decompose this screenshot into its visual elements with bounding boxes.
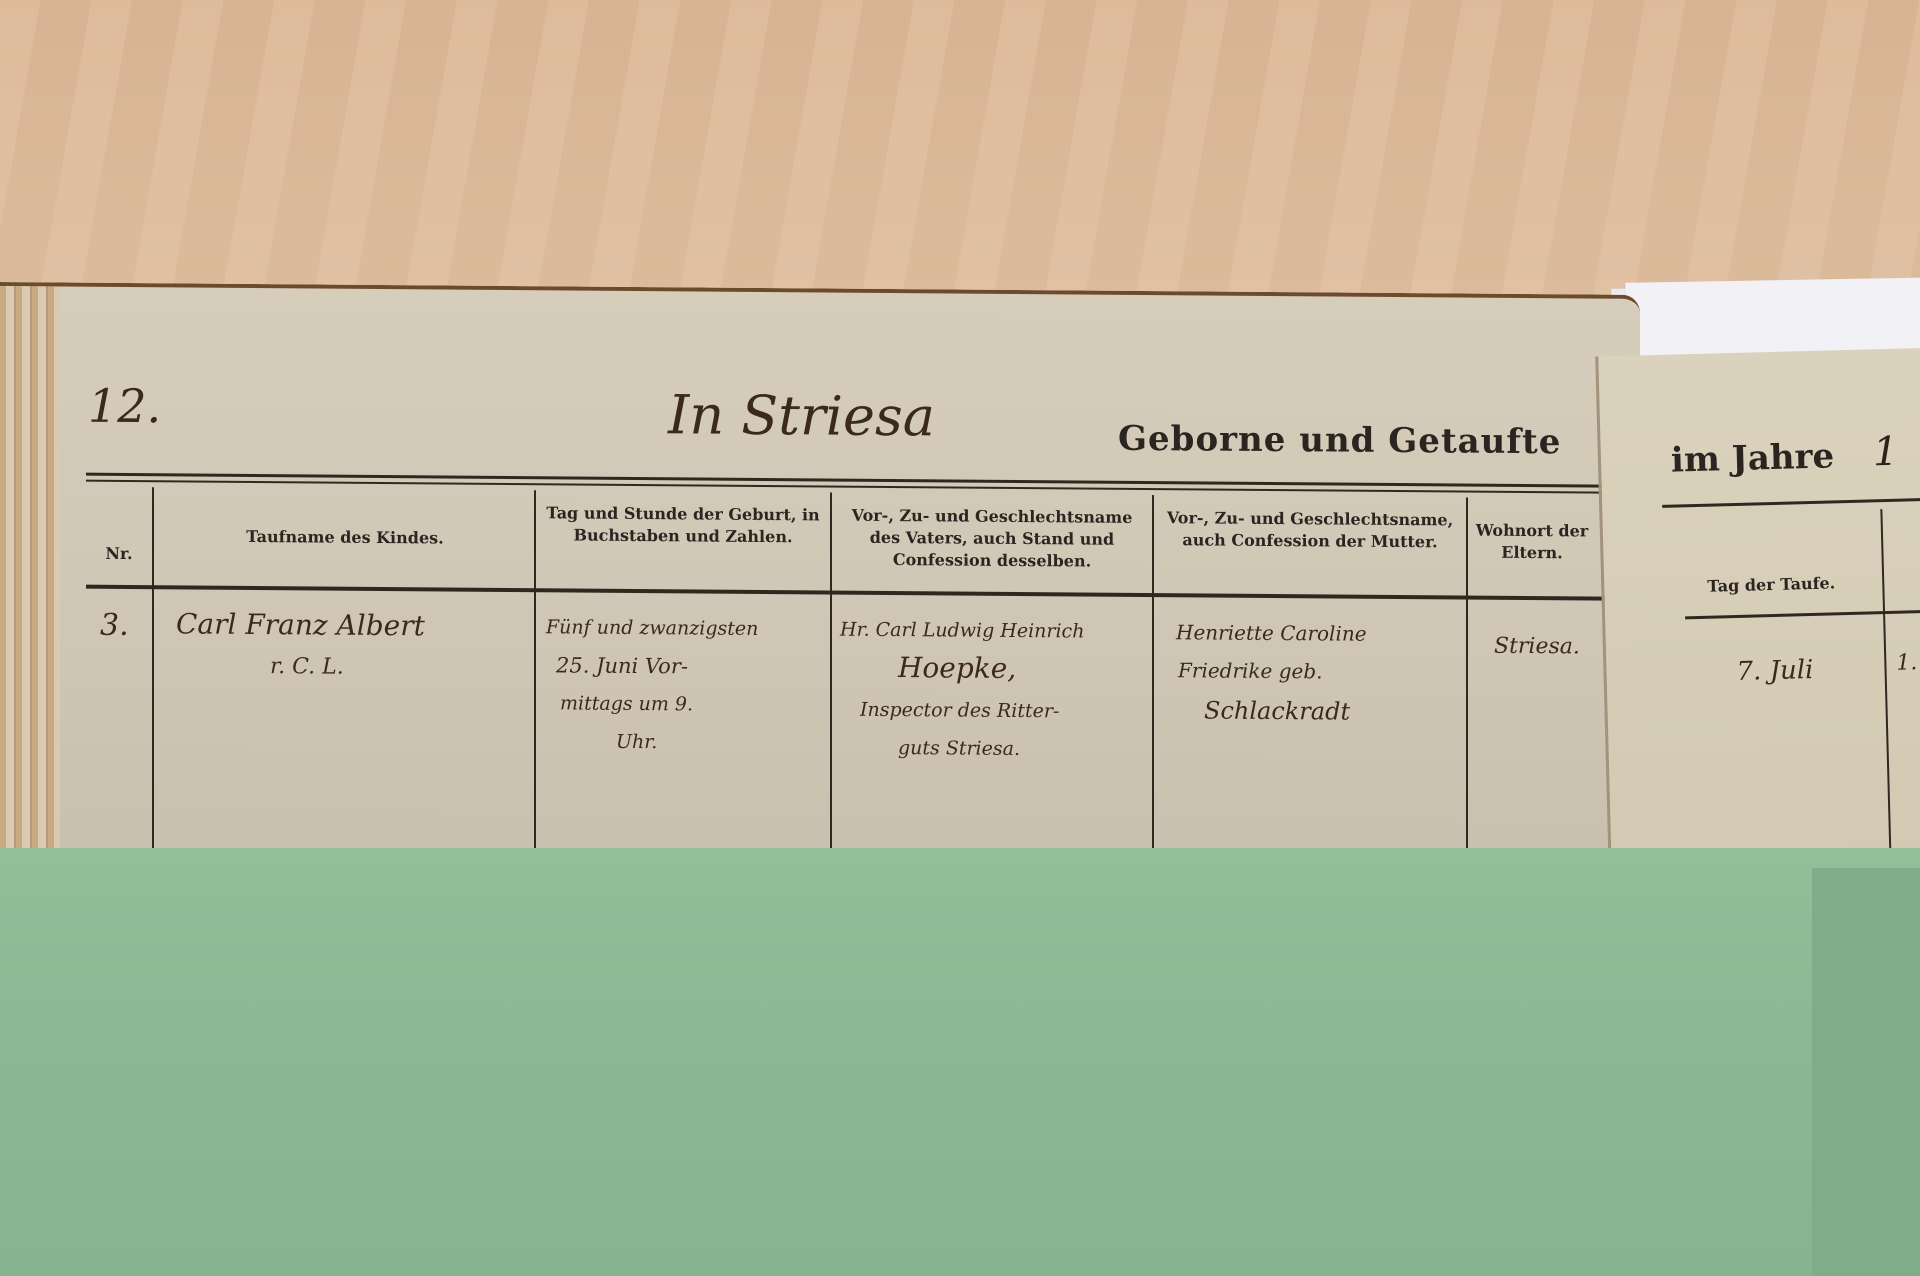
entry-birth-line: mittags um 9.: [560, 684, 693, 723]
page-edges: [0, 286, 60, 866]
column-header-name: Taufname des Kindes.: [160, 525, 530, 550]
entry-child-note: r. C. L.: [270, 648, 344, 687]
header-rule: [1662, 497, 1920, 508]
column-header-father: Vor-, Zu- und Geschlechtsname des Vaters…: [836, 505, 1148, 573]
year-handwritten: 1: [1872, 429, 1899, 476]
column-divider: [534, 490, 536, 870]
register-page-left: 12. In Striesa Geborne und Getaufte Nr. …: [0, 282, 1640, 879]
column-divider: [1880, 509, 1891, 869]
green-folder: [0, 848, 1920, 1276]
entry-mother-line: Henriette Caroline: [1176, 613, 1367, 652]
entry-father-line: Hr. Carl Ludwig Heinrich: [840, 611, 1084, 651]
entry-mother-maiden-name: Schlackradt: [1204, 691, 1350, 730]
entry-residence: Striesa.: [1494, 628, 1580, 667]
column-divider: [152, 487, 154, 867]
green-folder-edge: [1812, 868, 1920, 1276]
column-divider: [830, 493, 832, 873]
entry-child-name: Carl Franz Albert: [176, 605, 425, 645]
column-divider: [1466, 498, 1468, 878]
entry-next-column-partial: 1. 2: [1896, 644, 1920, 683]
entry-nr: 3.: [100, 607, 129, 645]
column-header-mother: Vor-, Zu- und Geschlechtsname, auch Conf…: [1158, 507, 1462, 553]
place-handwritten: In Striesa: [668, 383, 935, 448]
entry-birth-line: 25. Juni Vor-: [556, 646, 688, 685]
folio-number: 12.: [88, 379, 161, 434]
entry-baptism-date: 7. Juli: [1736, 651, 1814, 691]
entry-father-surname: Hoepke,: [898, 649, 1016, 688]
column-header-residence: Wohnort der Eltern.: [1472, 520, 1592, 565]
entry-birth-line: Uhr.: [616, 723, 657, 761]
column-header-nr: Nr.: [86, 543, 152, 566]
register-title-continued: im Jahre: [1670, 436, 1834, 480]
column-header-baptism: Tag der Taufe.: [1666, 571, 1877, 598]
register-title: Geborne und Getaufte: [1118, 419, 1561, 462]
header-rule-thin: [86, 480, 1606, 494]
column-header-birth: Tag und Stunde der Geburt, in Buchstaben…: [540, 502, 826, 548]
column-header-rule: [86, 585, 1626, 601]
column-divider: [1152, 495, 1154, 875]
entry-father-line: guts Striesa.: [898, 729, 1020, 768]
register-page-right: im Jahre 1 Tag der Taufe. 7. Juli 1. 2: [1595, 348, 1920, 877]
entry-father-line: Inspector des Ritter-: [860, 691, 1059, 731]
entry-mother-line: Friedrike geb.: [1178, 651, 1323, 690]
entry-birth-line: Fünf und zwanzigsten: [546, 608, 758, 648]
